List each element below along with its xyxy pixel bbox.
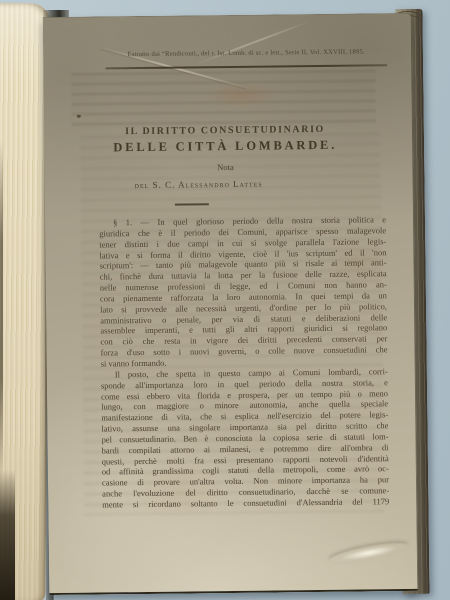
- subtitle: Nota: [44, 160, 406, 174]
- photo-background: Estratto dai “Rendiconti„ del r. Ist. Lo…: [0, 0, 450, 600]
- cover-edge-shadow-bottom: [0, 470, 15, 600]
- document-title-line2: DELLE CITTÀ LOMBARDE.: [44, 137, 406, 156]
- title-block: IL DIRITTO CONSUETUDINARIO DELLE CITTÀ L…: [43, 14, 407, 218]
- title-divider: [175, 203, 209, 205]
- author-line: del S. C. Alessandro Lattes: [18, 177, 380, 191]
- paragraph: Il posto, che spetta in questo campo ai …: [101, 366, 390, 510]
- document-page: Estratto dai “Rendiconti„ del r. Ist. Lo…: [43, 13, 419, 595]
- paragraph: § 1. — In quel glorioso periodo della no…: [99, 214, 388, 369]
- paper-curl-highlight: [328, 539, 409, 567]
- cover-edge-line: [0, 140, 3, 480]
- body-text: § 1. — In quel glorioso periodo della no…: [99, 214, 389, 510]
- document-title-line1: IL DIRITTO CONSUETUDINARIO: [44, 123, 406, 138]
